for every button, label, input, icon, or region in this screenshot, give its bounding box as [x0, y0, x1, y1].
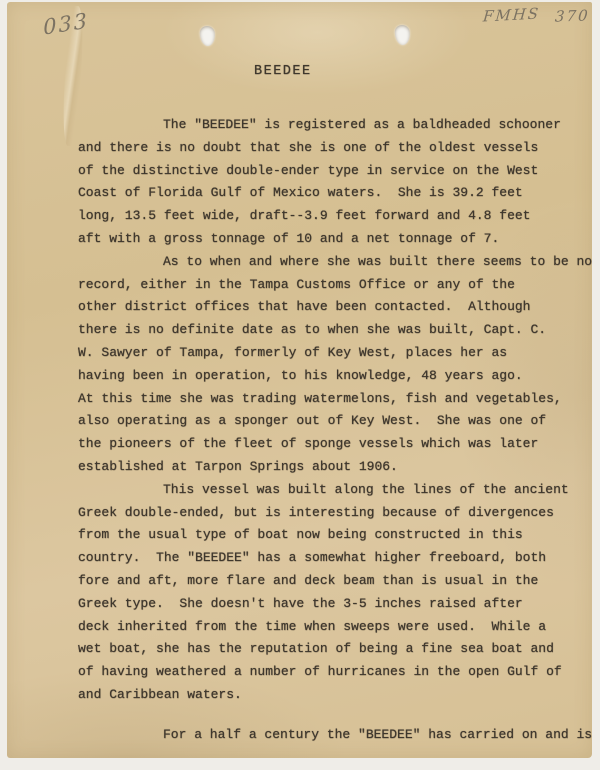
text-line: As to when and where she was built there…	[78, 251, 583, 274]
text-line: W. Sawyer of Tampa, formerly of Key West…	[78, 342, 583, 365]
handwritten-page-number: 033	[43, 8, 90, 39]
text-line: having been in operation, to his knowled…	[78, 365, 583, 388]
text-line: Greek double-ended, but is interesting b…	[78, 502, 583, 525]
text-line: from the usual type of boat now being co…	[78, 524, 583, 547]
text-line: and Caribbean waters.	[78, 684, 583, 707]
scanned-document-screenshot: { "annotations": { "top_left_number": "0…	[0, 0, 600, 770]
text-line: long, 13.5 feet wide, draft--3.9 feet fo…	[78, 205, 583, 228]
handwritten-archive-code: FMHS	[482, 4, 541, 25]
document-title: BEEDEE	[254, 64, 312, 79]
text-line: there is no definite date as to when she…	[78, 319, 583, 342]
handwritten-catalog-number: 370	[554, 6, 590, 25]
text-line: For a half a century the "BEEDEE" has ca…	[78, 724, 583, 747]
paragraph: For a half a century the "BEEDEE" has ca…	[78, 724, 583, 747]
paragraph: As to when and where she was built there…	[78, 251, 583, 479]
text-line: record, either in the Tampa Customs Offi…	[78, 274, 583, 297]
text-line: of the distinctive double-ender type in …	[78, 160, 583, 183]
text-line: deck inherited from the time when sweeps…	[78, 616, 583, 639]
text-line: established at Tarpon Springs about 1906…	[78, 456, 583, 479]
text-line: The "BEEDEE" is registered as a baldhead…	[78, 114, 583, 137]
text-line: Greek type. She doesn't have the 3-5 inc…	[78, 593, 583, 616]
paragraph: The "BEEDEE" is registered as a baldhead…	[78, 114, 583, 251]
text-line: the pioneers of the fleet of sponge vess…	[78, 433, 583, 456]
punch-hole-icon	[199, 26, 215, 47]
document-body: The "BEEDEE" is registered as a baldhead…	[78, 114, 583, 747]
paper-sheet: 033 FMHS 370 BEEDEE The "BEEDEE" is regi…	[7, 2, 592, 758]
text-line: aft with a gross tonnage of 10 and a net…	[78, 228, 583, 251]
text-line: Coast of Florida Gulf of Mexico waters. …	[78, 182, 583, 205]
text-line: country. The "BEEDEE" has a somewhat hig…	[78, 547, 583, 570]
text-line: and there is no doubt that she is one of…	[78, 137, 583, 160]
text-line: wet boat, she has the reputation of bein…	[78, 638, 583, 661]
text-line: This vessel was built along the lines of…	[78, 479, 583, 502]
text-line: also operating as a sponger out of Key W…	[78, 410, 583, 433]
punch-hole-icon	[394, 25, 410, 46]
text-line: of having weathered a number of hurrican…	[78, 661, 583, 684]
paragraph: This vessel was built along the lines of…	[78, 479, 583, 707]
text-line: other district offices that have been co…	[78, 296, 583, 319]
text-line: At this time she was trading watermelons…	[78, 388, 583, 411]
text-line: fore and aft, more flare and deck beam t…	[78, 570, 583, 593]
